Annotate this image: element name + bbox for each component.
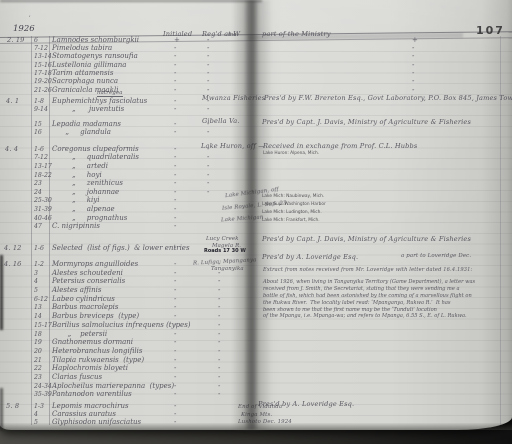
species-name: Alestes affinis [52, 287, 102, 294]
species-name: „ artedi [52, 163, 108, 170]
species-name: Heterobranchus longifilis [52, 348, 142, 355]
specimen-number: 23 [34, 374, 42, 381]
ditto-mark: - [207, 62, 209, 69]
ditto-mark: - [174, 331, 176, 338]
page-top-edge-shadow [0, 0, 262, 2]
year-tick-mark: ʹ [29, 16, 31, 22]
ditto-mark: + [412, 37, 418, 44]
specimen-number: 16 [34, 129, 42, 136]
donor-note: Pres'd by F.W. Brereton Esq., Govt Labor… [264, 95, 512, 102]
ditto-mark: - [174, 403, 176, 410]
species-name: Labeo cylindricus [52, 296, 115, 303]
specimen-number: 15-17 [34, 322, 52, 329]
ditto-mark: - [207, 129, 209, 136]
specimen-number: 15-16 [34, 62, 52, 69]
ditto-mark: - [174, 154, 176, 161]
specimen-number: 5 [34, 287, 38, 294]
ditto-mark: - [218, 348, 220, 355]
extract-text: of the Mpanga, i.e. Mpanga-wa; and refer… [263, 313, 467, 320]
species-name: Lepomis macrochirus [52, 403, 129, 410]
extract-line: the Rukwa River. The locality label read… [263, 300, 508, 307]
species-name: Lamnodes schomburgkii [52, 37, 139, 44]
specimen-number: 18 [34, 331, 42, 338]
ditto-mark: - [174, 129, 176, 136]
ditto-mark: - [207, 106, 209, 113]
specimen-number: 24-34 [34, 383, 52, 390]
ditto-mark: - [174, 287, 176, 294]
extract-line: been shown to me that the first name may… [263, 307, 508, 314]
ditto-mark: - [218, 357, 220, 364]
species-name: „ glandula [52, 129, 111, 136]
ditto-mark: - [174, 391, 176, 398]
donor-note: Pres'd by Capt. J. Davis, Ministry of Ag… [262, 119, 471, 126]
specimen-number: 24 [34, 189, 42, 196]
ditto-mark: - [207, 189, 209, 196]
ditto-mark: - [174, 313, 176, 320]
specimen-number: 3 [34, 270, 38, 277]
ditto-mark: - [174, 62, 176, 69]
species-name: Barilius salmolucius infrequens (types) [52, 322, 191, 329]
ditto-mark: - [174, 215, 176, 222]
ditto-mark: - [207, 154, 209, 161]
species-name: Lustellonia gillimana [52, 62, 126, 69]
species-name: Haplochromis bloyeti [52, 365, 128, 372]
ditto-mark: - [412, 78, 414, 85]
species-name: Coregonus clupeaformis [52, 146, 139, 153]
specimen-number: 6 [34, 37, 38, 44]
species-name: „ alpenae [52, 206, 115, 213]
specimen-number: 18-22 [34, 172, 52, 179]
specimen-number: 13-17 [34, 163, 52, 170]
ditto-mark: - [412, 45, 414, 52]
ditto-mark: - [218, 287, 220, 294]
ditto-mark: - [174, 304, 176, 311]
ditto-mark: - [174, 106, 176, 113]
exchange-note: Received in exchange from Prof. C.L. Hub… [263, 143, 417, 150]
ditto-mark: - [218, 296, 220, 303]
ditto-mark: - [174, 261, 176, 268]
ditto-mark: - [207, 45, 209, 52]
specimen-number: 7-12 [34, 45, 48, 52]
species-name: „ petersii [52, 331, 107, 338]
ditto-mark: - [174, 78, 176, 85]
specimen-number: 25-30 [34, 197, 52, 204]
species-name: Tilapia rukwaensis (type) [52, 357, 144, 364]
ditto-mark: - [174, 121, 176, 128]
specimen-number: 20 [34, 348, 42, 355]
ditto-mark: - [412, 70, 414, 77]
species-name: Barbus breviceps (type) [52, 313, 139, 320]
ditto-mark: - [174, 172, 176, 179]
species-name: „ hoyi [52, 172, 102, 179]
specimen-number: 13 [34, 304, 42, 311]
specimen-number: 1-6 [34, 245, 44, 252]
page-left-edge-shadow [0, 255, 3, 330]
specimen-number: 47 [34, 223, 42, 230]
ditto-mark: - [218, 322, 220, 329]
ditto-mark: - [207, 53, 209, 60]
ditto-mark: - [412, 53, 414, 60]
species-name: „ zenithicus [52, 180, 123, 187]
extract-line: bottle of fish, which had been astonishe… [263, 293, 508, 300]
extract-paragraph: About 1926, when living in Tanganyika Te… [263, 279, 508, 320]
species-name: Petersius conserialis [52, 278, 125, 285]
ditto-mark: - [174, 365, 176, 372]
ditto-mark: - [174, 411, 176, 418]
ditto-mark: - [174, 223, 176, 230]
species-name: Clarias fuscus [52, 374, 102, 381]
inserted-correction: natregea [97, 90, 123, 97]
ditto-mark: - [207, 78, 209, 85]
ditto-mark: - [207, 87, 209, 94]
ditto-mark: - [207, 70, 209, 77]
extract-line: received from J. Smith, the Secretariat,… [263, 286, 508, 293]
specimen-number: 14 [34, 313, 42, 320]
ditto-mark: - [207, 172, 209, 179]
species-name: „ prognathus [52, 215, 127, 222]
ditto-mark: - [174, 87, 176, 94]
ditto-mark: - [174, 197, 176, 204]
species-name: Lepadia madamans [52, 121, 121, 128]
ledger-photo: { "scan": { "year": "1926", "year_mark":… [0, 0, 512, 444]
book-fore-edge [0, 423, 512, 430]
species-name: Barbus macrolepis [52, 304, 118, 311]
specimen-number: 40-46 [34, 215, 52, 222]
ditto-mark: - [207, 37, 209, 44]
donor-note: Pres'd by A. Loveridge Esq. [262, 254, 358, 261]
specimen-number: 19 [34, 339, 42, 346]
specimen-number: 22 [34, 365, 42, 372]
ditto-mark: - [174, 206, 176, 213]
specimen-number: 4 [34, 278, 38, 285]
ditto-mark: - [174, 70, 176, 77]
year-label: 1926 [13, 24, 35, 34]
specimen-number: 1-3 [34, 403, 44, 410]
ditto-mark: - [207, 163, 209, 170]
ditto-mark: + [174, 37, 180, 44]
ditto-mark: - [412, 87, 414, 94]
specimen-number: 21-26 [34, 87, 52, 94]
species-name: Aplocheilus marierepanna (types) [52, 383, 174, 390]
species-name: Gnathonemus dormani [52, 339, 133, 346]
specimen-number: 1-2 [34, 261, 44, 268]
ditto-mark: - [218, 339, 220, 346]
species-name: Selected (list of figs.) & lower entries [52, 245, 190, 252]
specimen-number: 13-14 [34, 53, 52, 60]
ditto-mark: - [174, 278, 176, 285]
ditto-mark: - [207, 180, 209, 187]
ditto-mark: - [218, 313, 220, 320]
specimen-number: 7-12 [34, 154, 48, 161]
donor-note: Pres'd by Capt. J. Davis, Ministry of Ag… [262, 236, 471, 243]
ditto-mark: - [218, 365, 220, 372]
species-name: Stomatogenys ransoufia [52, 53, 138, 60]
ditto-mark: - [218, 383, 220, 390]
ditto-mark: - [218, 304, 220, 311]
specimen-number: 35-39 [34, 391, 52, 398]
species-name: Alestes schoutedeni [52, 270, 123, 277]
species-name: C. nigripinnis [52, 223, 100, 230]
specimen-number: 4 [34, 411, 38, 418]
specimen-number: 31-39 [34, 206, 52, 213]
extract-line: of the Mpanga, i.e. Mpanga-wa; and refer… [263, 313, 508, 320]
ditto-mark: - [174, 180, 176, 187]
specimen-number: 23 [34, 180, 42, 187]
specimen-number: 6-12 [34, 296, 48, 303]
ditto-mark: - [174, 98, 176, 105]
ditto-mark: - [174, 45, 176, 52]
ditto-mark: - [218, 391, 220, 398]
ditto-mark: - [174, 270, 176, 277]
species-name: Pantanodon varentilus [52, 391, 132, 398]
species-name: Tarim attamensis [52, 70, 113, 77]
ditto-mark: - [218, 278, 220, 285]
species-name: „ kiyi [52, 197, 99, 204]
species-name: Carassius auratus [52, 411, 116, 418]
disposition-note: a part to Loveridge Dec. [401, 253, 471, 259]
specimen-number: 21 [34, 357, 42, 364]
ditto-mark: - [174, 348, 176, 355]
species-name: Mormyrops anguilloides [52, 261, 138, 268]
specimen-number: 9-14 [34, 106, 48, 113]
species-name: Pimelodus tabira [52, 45, 112, 52]
ditto-mark: - [174, 189, 176, 196]
extract-line: About 1926, when living in Tanganyika Te… [263, 279, 508, 286]
ditto-mark: - [174, 296, 176, 303]
ditto-mark: - [174, 339, 176, 346]
folio-number: 107 [476, 24, 505, 37]
ditto-mark: - [174, 245, 176, 252]
ditto-mark: - [412, 62, 414, 69]
gutter-shadow-core [246, 0, 256, 430]
ditto-mark: - [174, 146, 176, 153]
specimen-number: 19-20 [34, 78, 52, 85]
ditto-mark: - [218, 331, 220, 338]
species-name: „ juventutis [52, 106, 124, 113]
specimen-number: 15 [34, 121, 42, 128]
ditto-mark: - [218, 374, 220, 381]
species-name: „ johannae [52, 189, 119, 196]
species-name: Sacrophaga nunca [52, 78, 118, 85]
ditto-mark: - [174, 163, 176, 170]
specimen-number: 1-6 [34, 146, 44, 153]
species-name: Euphemichthys fasciolatus [52, 98, 147, 105]
species-name: „ quadrilateralis [52, 154, 139, 161]
ditto-mark: - [174, 53, 176, 60]
ditto-mark: - [174, 357, 176, 364]
ditto-mark: - [174, 322, 176, 329]
specimen-number: 17-18 [34, 70, 52, 77]
donor-note: Pres'd by A. Loveridge Esq. [258, 401, 354, 408]
specimen-number: 1-8 [34, 98, 44, 105]
ditto-mark: - [174, 374, 176, 381]
ledger-page: 1926 ʹ 107 Initialed Reg'd at W ma part … [0, 0, 512, 430]
extract-heading: Extract from notes received from Mr. Lov… [263, 267, 472, 274]
ditto-mark: - [174, 383, 176, 390]
